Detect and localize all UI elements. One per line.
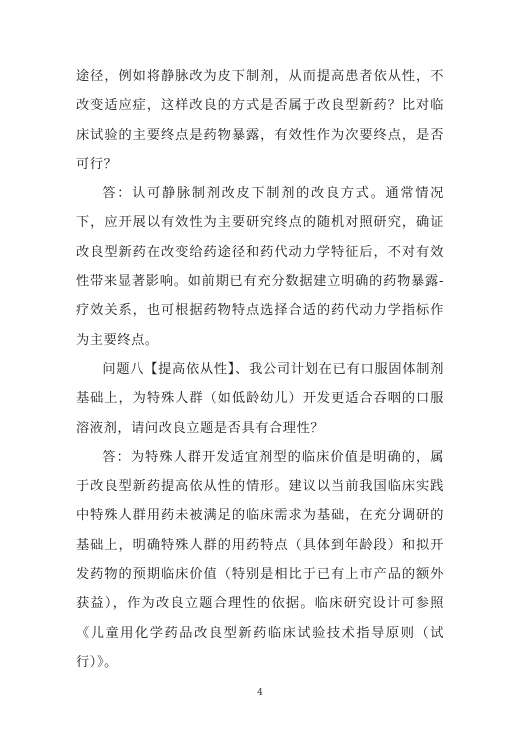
paragraph-question-continuation: 途径，例如将静脉改为皮下制剂，从而提高患者依从性，不改变适应症，这样改良的方式是… xyxy=(76,62,444,179)
document-page-body: 途径，例如将静脉改为皮下制剂，从而提高患者依从性，不改变适应症，这样改良的方式是… xyxy=(76,62,444,677)
paragraph-answer-8: 答：为特殊人群开发适宜剂型的临床价值是明确的，属于改良型新药提高依从性的情形。建… xyxy=(76,443,444,677)
paragraph-question-8: 问题八【提高依从性】、我公司计划在已有口服固体制剂基础上，为特殊人群（如低龄幼儿… xyxy=(76,355,444,443)
page-number: 4 xyxy=(0,688,520,698)
paragraph-answer-7: 答：认可静脉制剂改皮下制剂的改良方式。通常情况下，应开展以有效性为主要研究终点的… xyxy=(76,179,444,355)
